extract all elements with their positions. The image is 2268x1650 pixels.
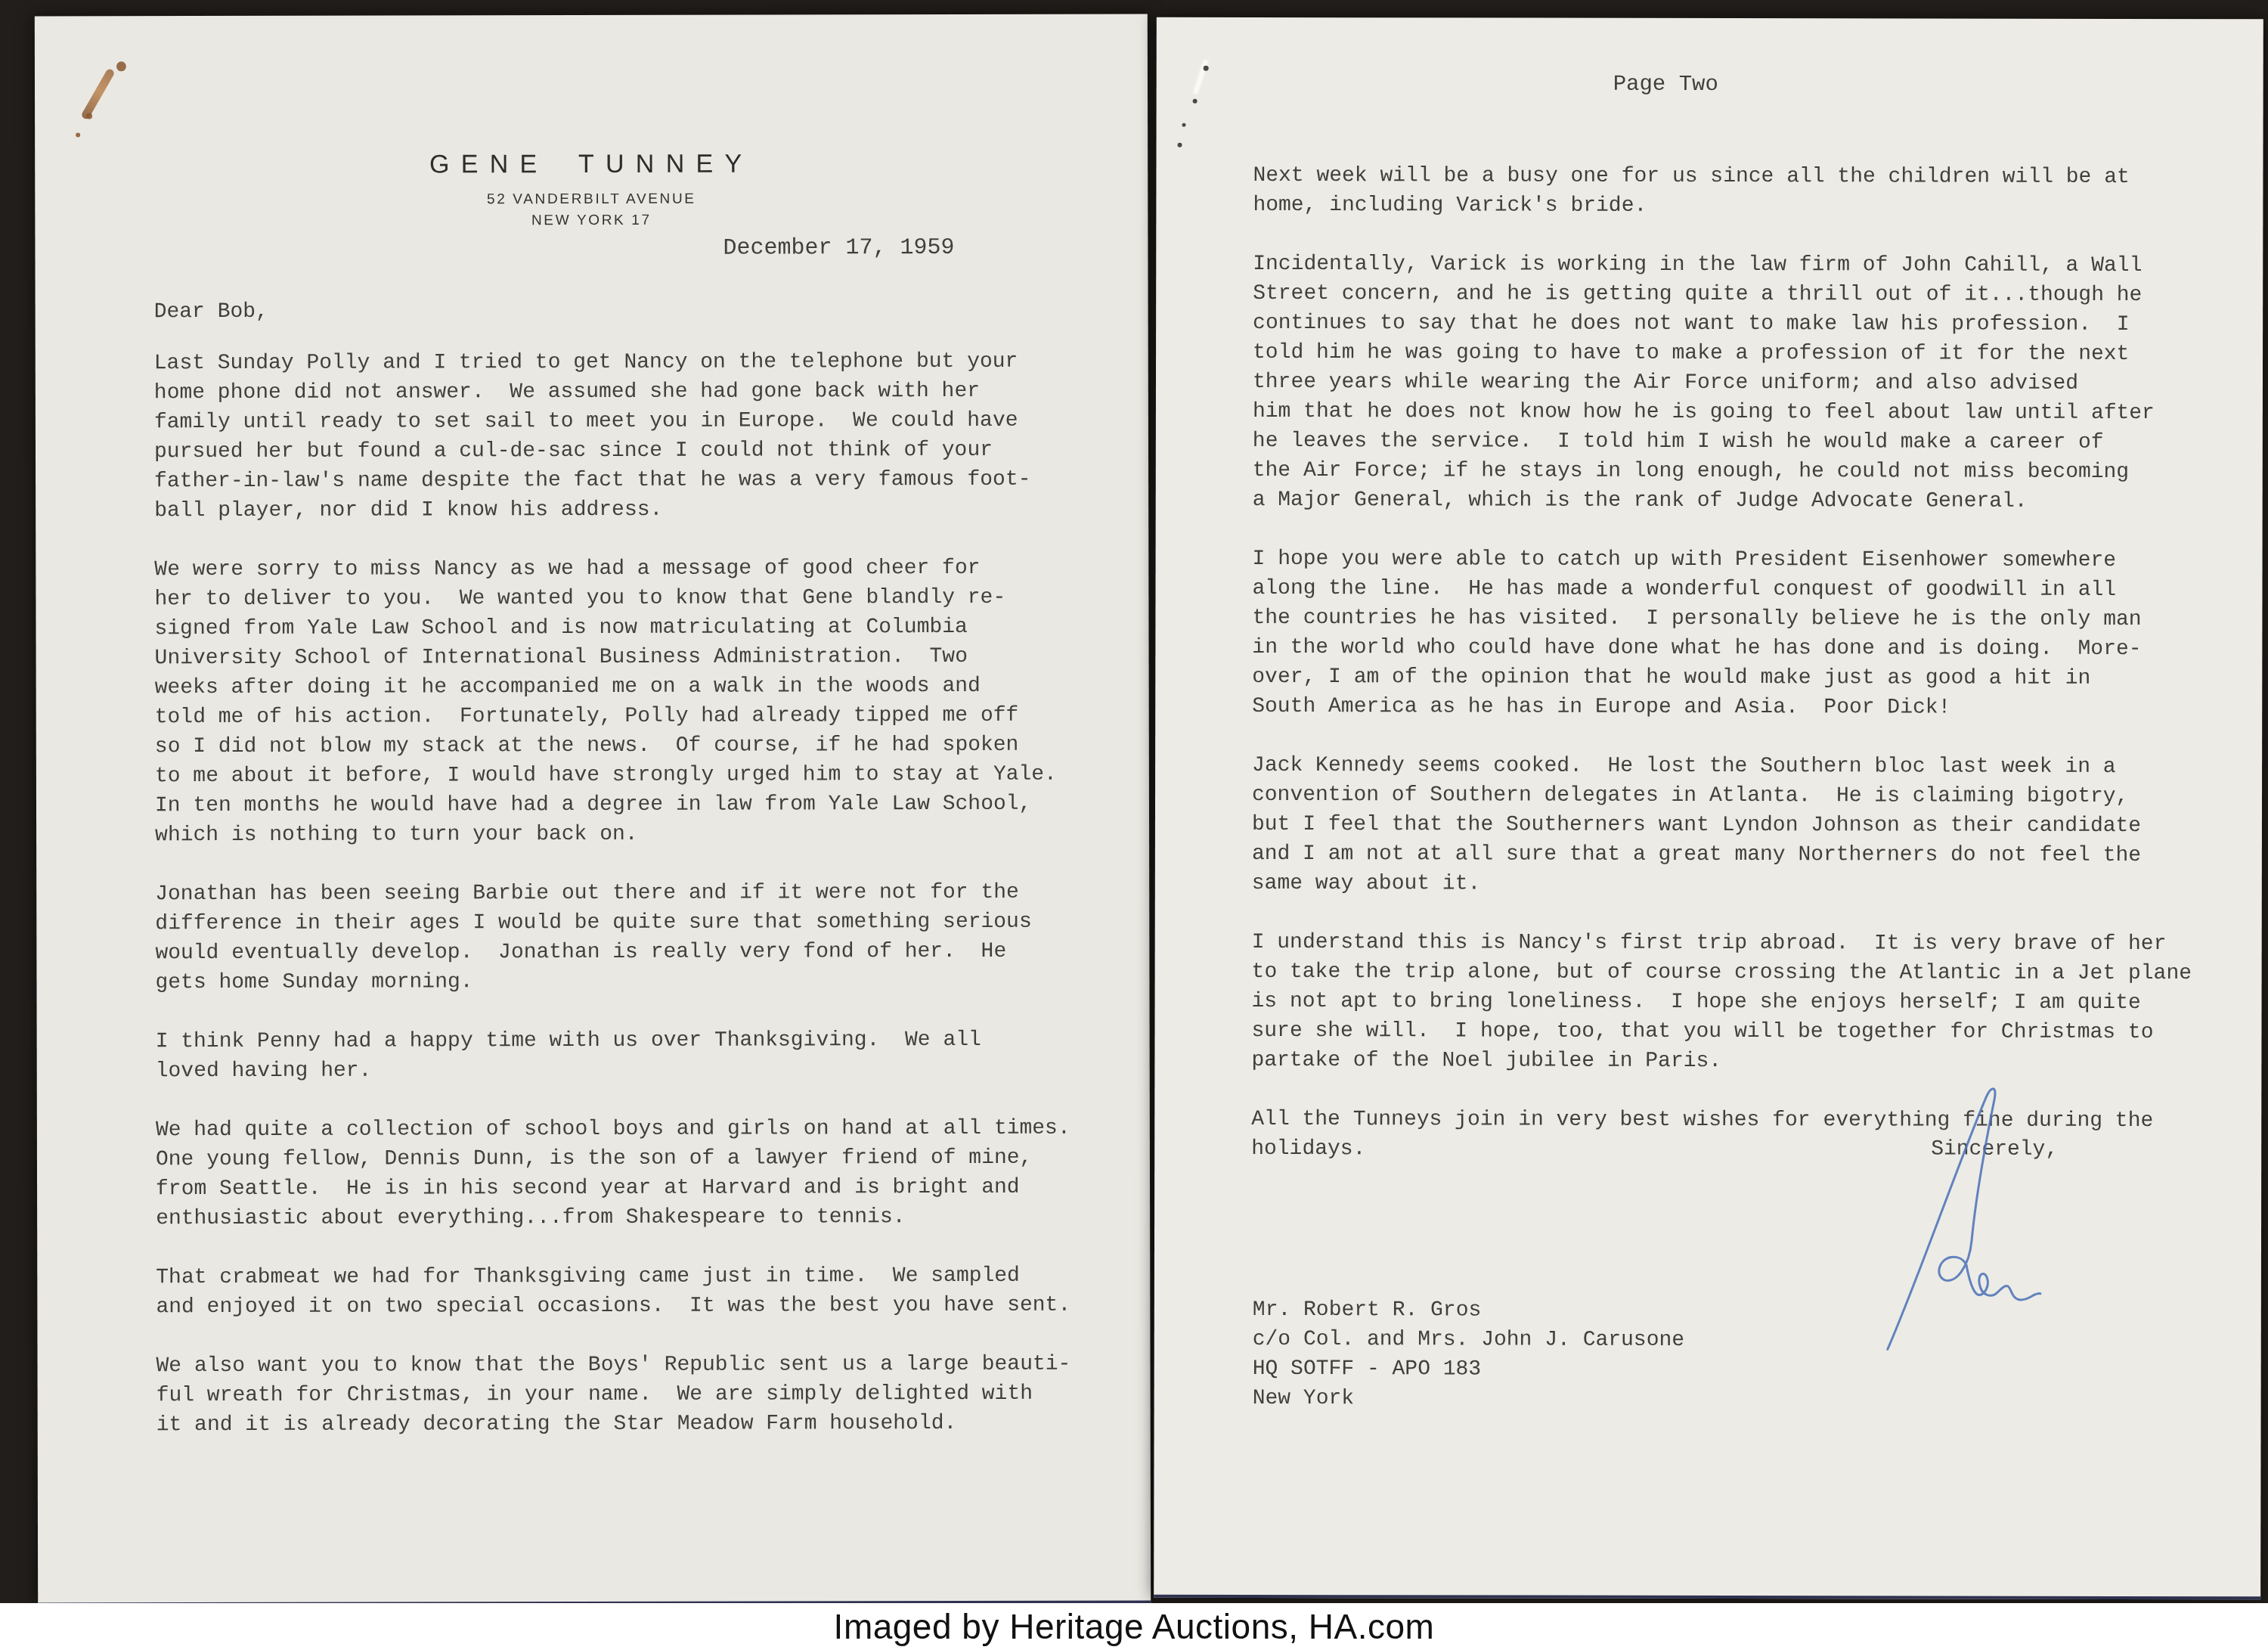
rust-dot [116,61,126,71]
speck [1204,66,1209,71]
letter-paragraph: We had quite a collection of school boys… [156,1114,1123,1234]
letter-paragraph: I hope you were able to catch up with Pr… [1252,544,2250,723]
letterhead-address-line1: 52 VANDERBILT AVENUE [35,190,1148,209]
rust-dot [76,132,80,137]
letter-paragraph: Last Sunday Polly and I tried to get Nan… [154,347,1122,526]
paper-crease [1194,60,1208,94]
letter-paragraph: We were sorry to miss Nancy as we had a … [154,554,1123,851]
speck [1182,123,1186,127]
gene-signature [1871,1068,2077,1364]
letter-paragraph: I understand this is Nancy's first trip … [1251,928,2249,1077]
letterhead-address-line2: NEW YORK 17 [35,211,1148,230]
letter-paragraph: I think Penny had a happy time with us o… [156,1025,1123,1087]
rust-dot [86,113,92,119]
speck [1193,99,1198,104]
letter-paragraph: We also want you to know that the Boys' … [156,1350,1123,1441]
caption-bar: Imaged by Heritage Auctions, HA.com [0,1603,2268,1650]
letter-paragraph: Jonathan has been seeing Barbie out ther… [155,878,1123,998]
letter-paragraph: That crabmeat we had for Thanksgiving ca… [156,1261,1123,1323]
letter-paragraph: All the Tunneys join in very best wishes… [1251,1105,2249,1165]
speck [1178,143,1182,147]
letter-paragraph: Incidentally, Varick is working in the l… [1253,250,2251,516]
letter-date: December 17, 1959 [723,234,954,264]
salutation: Dear Bob, [154,297,268,327]
staple-mark [1170,49,1246,155]
letter-page-one: GENE TUNNEY 52 VANDERBILT AVENUE NEW YOR… [35,14,1151,1605]
staple-rust-mark [65,54,156,152]
letter-page-two: Page Two Next week will be a busy one fo… [1154,17,2263,1600]
letter-paragraph: Next week will be a busy one for us sinc… [1253,161,2251,222]
recipient-address-block: Mr. Robert R. Gros c/o Col. and Mrs. Joh… [1253,1295,1685,1414]
letter-body-page2: Next week will be a busy one for us sinc… [1251,161,2251,1195]
rust-streak [80,68,115,121]
caption-text: Imaged by Heritage Auctions, HA.com [834,1606,1435,1647]
page-two-header: Page Two [1613,70,1718,99]
letterhead-name: GENE TUNNEY [35,148,1148,180]
letter-paragraph: Jack Kennedy seems cooked. He lost the S… [1252,751,2250,900]
letter-body-page1: Last Sunday Polly and I tried to get Nan… [154,347,1124,1470]
